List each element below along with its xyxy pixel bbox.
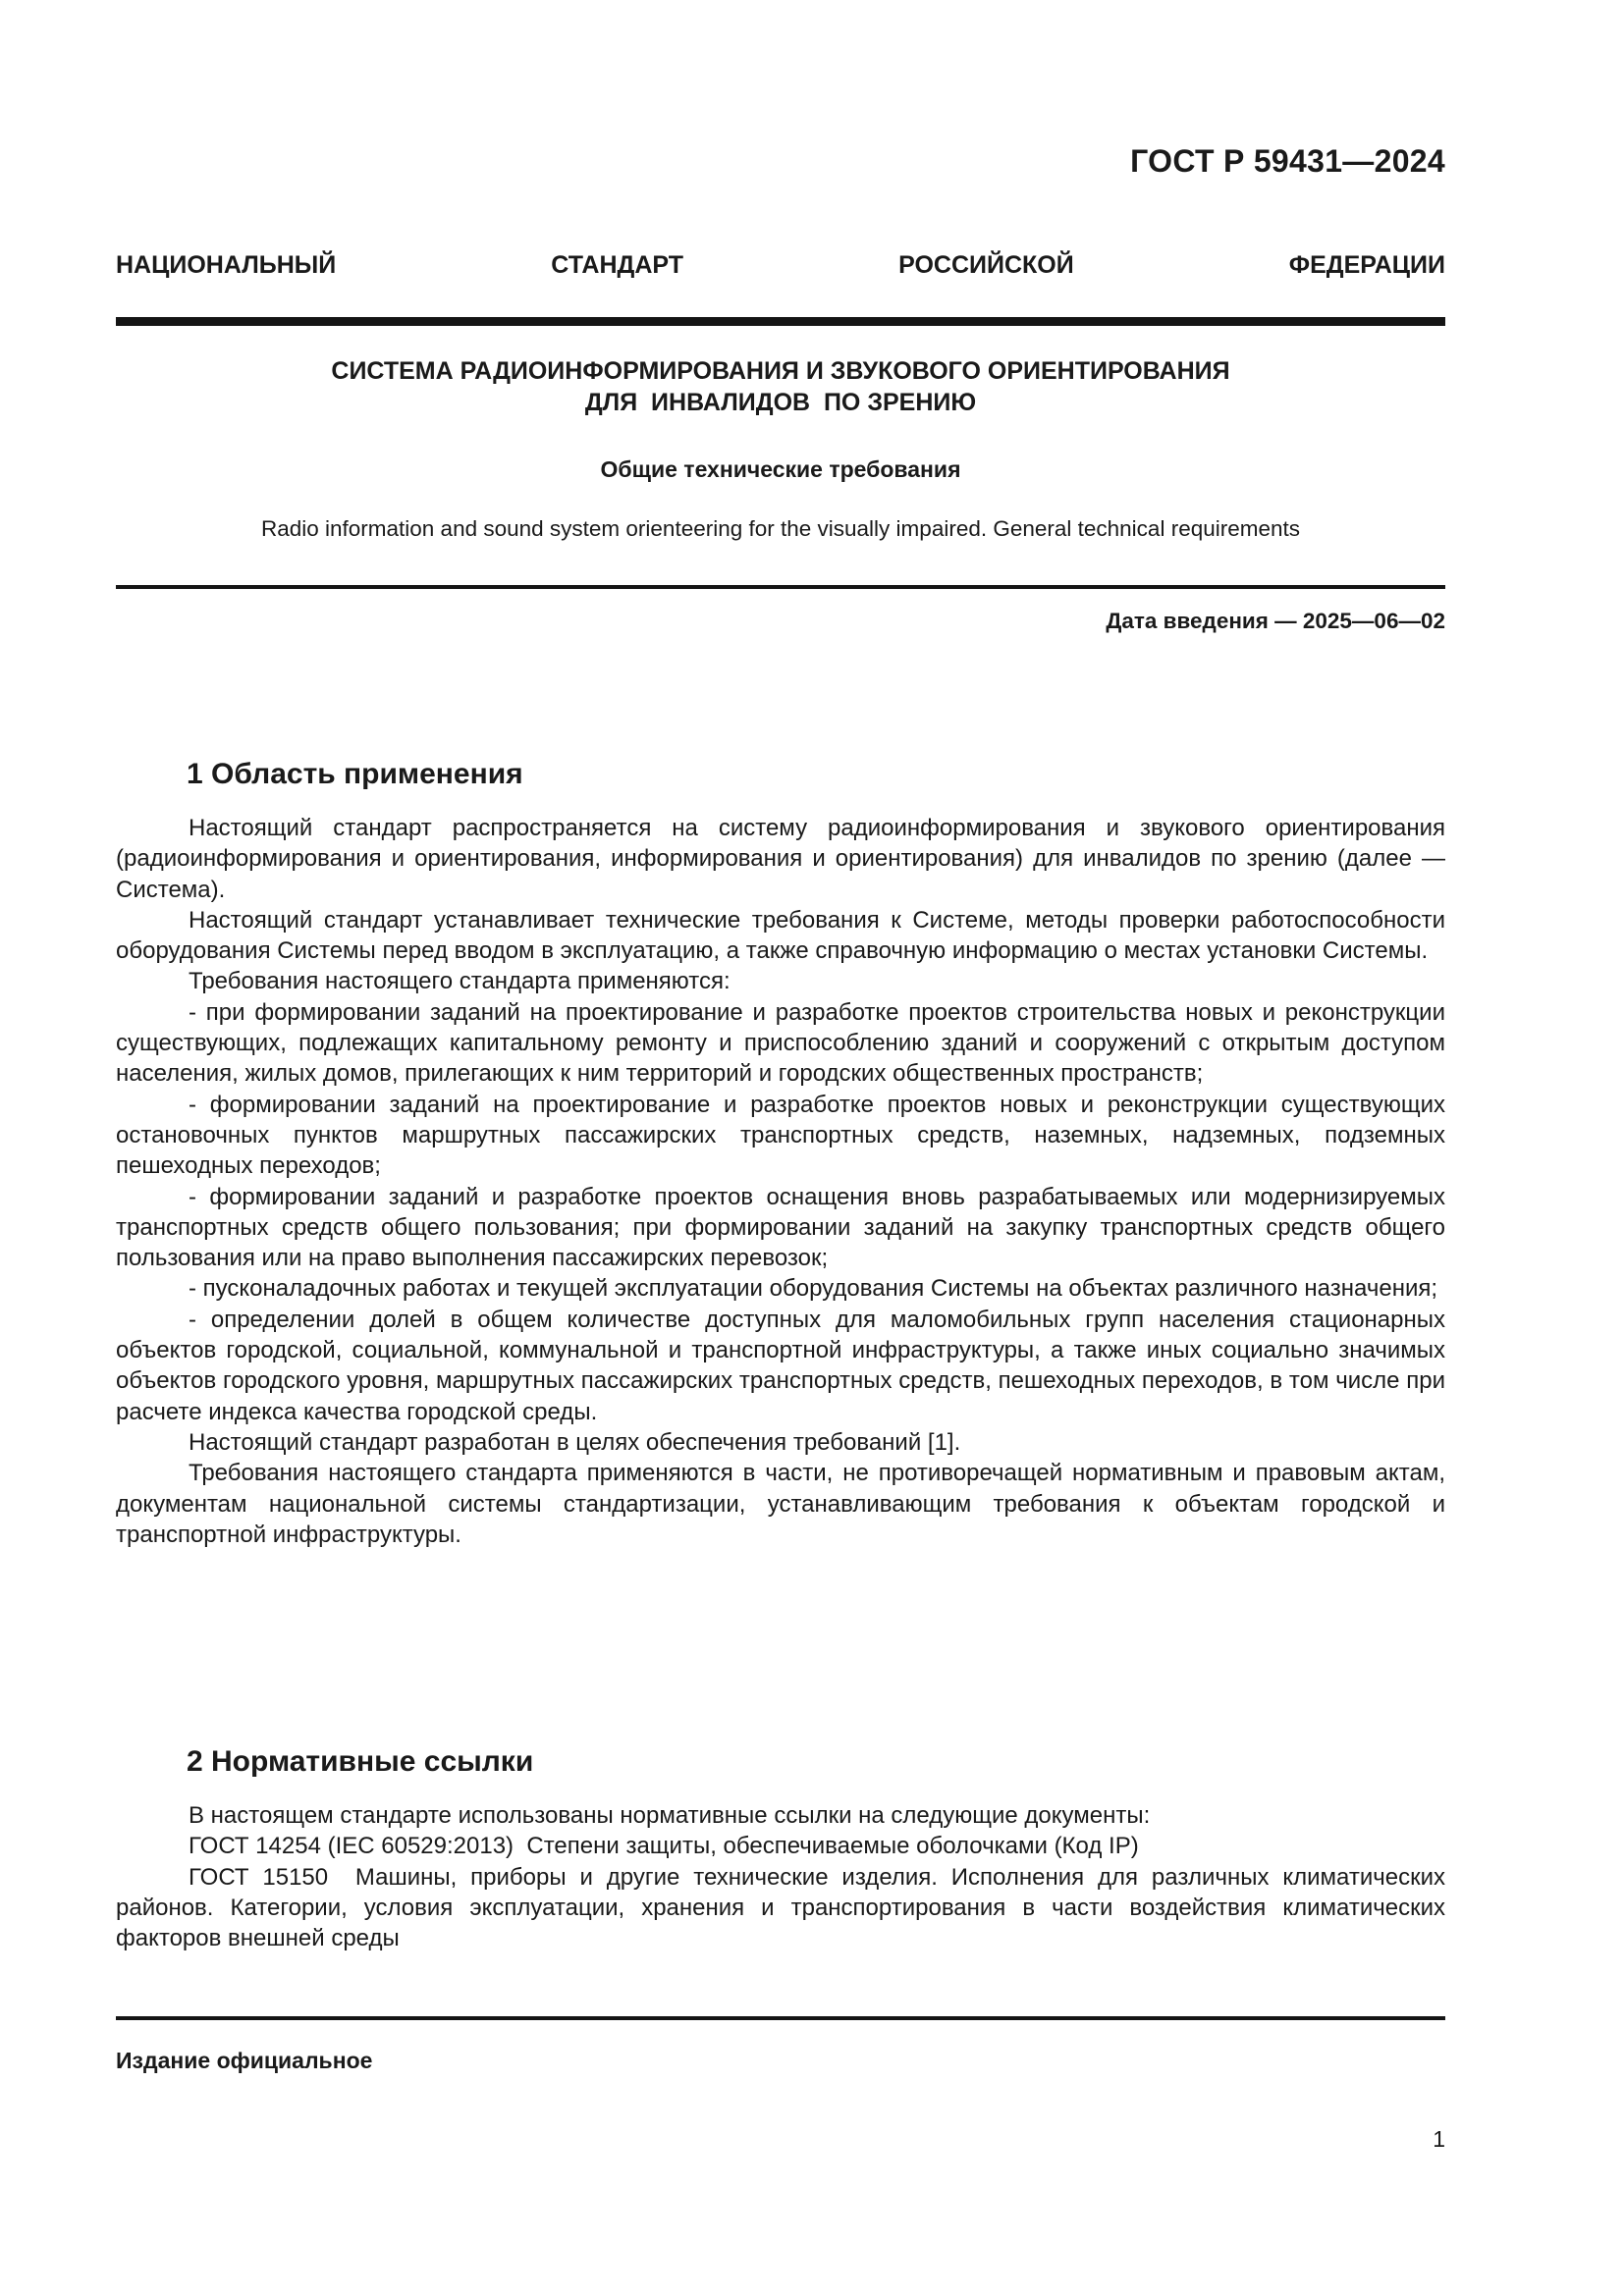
reference-item: ГОСТ 14254 (IEC 60529:2013) Степени защи… [116, 1831, 1445, 1861]
page-number: 1 [1433, 2126, 1445, 2153]
list-item: - формировании заданий на проектирование… [116, 1090, 1445, 1182]
section-1-body: Настоящий стандарт распространяется на с… [116, 813, 1445, 1550]
footer-divider [116, 2016, 1445, 2020]
list-item: - формировании заданий и разработке прое… [116, 1182, 1445, 1274]
section-2-heading: 2 Нормативные ссылки [187, 1745, 533, 1779]
section-2-body: В настоящем стандарте использованы норма… [116, 1800, 1445, 1953]
english-title: Radio information and sound system orien… [116, 516, 1445, 542]
national-standard-banner: НАЦИОНАЛЬНЫЙ СТАНДАРТ РОССИЙСКОЙ ФЕДЕРАЦ… [116, 251, 1445, 280]
paragraph: Требования настоящего стандарта применяю… [116, 966, 1445, 996]
document-number: ГОСТ Р 59431—2024 [1130, 143, 1445, 180]
title-divider [116, 585, 1445, 589]
paragraph: Настоящий стандарт распространяется на с… [116, 813, 1445, 905]
list-item: - пусконаладочных работах и текущей эксп… [116, 1273, 1445, 1304]
introduction-date: Дата введения — 2025—06—02 [1106, 609, 1445, 634]
reference-item: ГОСТ 15150 Машины, приборы и другие техн… [116, 1862, 1445, 1954]
document-page: ГОСТ Р 59431—2024 НАЦИОНАЛЬНЫЙ СТАНДАРТ … [0, 0, 1624, 2296]
document-subtitle: Общие технические требования [116, 456, 1445, 483]
document-title: СИСТЕМА РАДИОИНФОРМИРОВАНИЯ И ЗВУКОВОГО … [116, 355, 1445, 418]
paragraph: В настоящем стандарте использованы норма… [116, 1800, 1445, 1831]
section-1-heading: 1 Область применения [187, 758, 523, 791]
title-line-1: СИСТЕМА РАДИОИНФОРМИРОВАНИЯ И ЗВУКОВОГО … [116, 355, 1445, 387]
header-divider [116, 317, 1445, 326]
list-item: - определении долей в общем количестве д… [116, 1305, 1445, 1427]
title-line-2: ДЛЯ ИНВАЛИДОВ ПО ЗРЕНИЮ [116, 387, 1445, 418]
list-item: - при формировании заданий на проектиров… [116, 997, 1445, 1090]
official-edition-label: Издание официальное [116, 2048, 372, 2074]
paragraph: Настоящий стандарт устанавливает техниче… [116, 905, 1445, 967]
paragraph: Настоящий стандарт разработан в целях об… [116, 1427, 1445, 1458]
paragraph: Требования настоящего стандарта применяю… [116, 1458, 1445, 1550]
